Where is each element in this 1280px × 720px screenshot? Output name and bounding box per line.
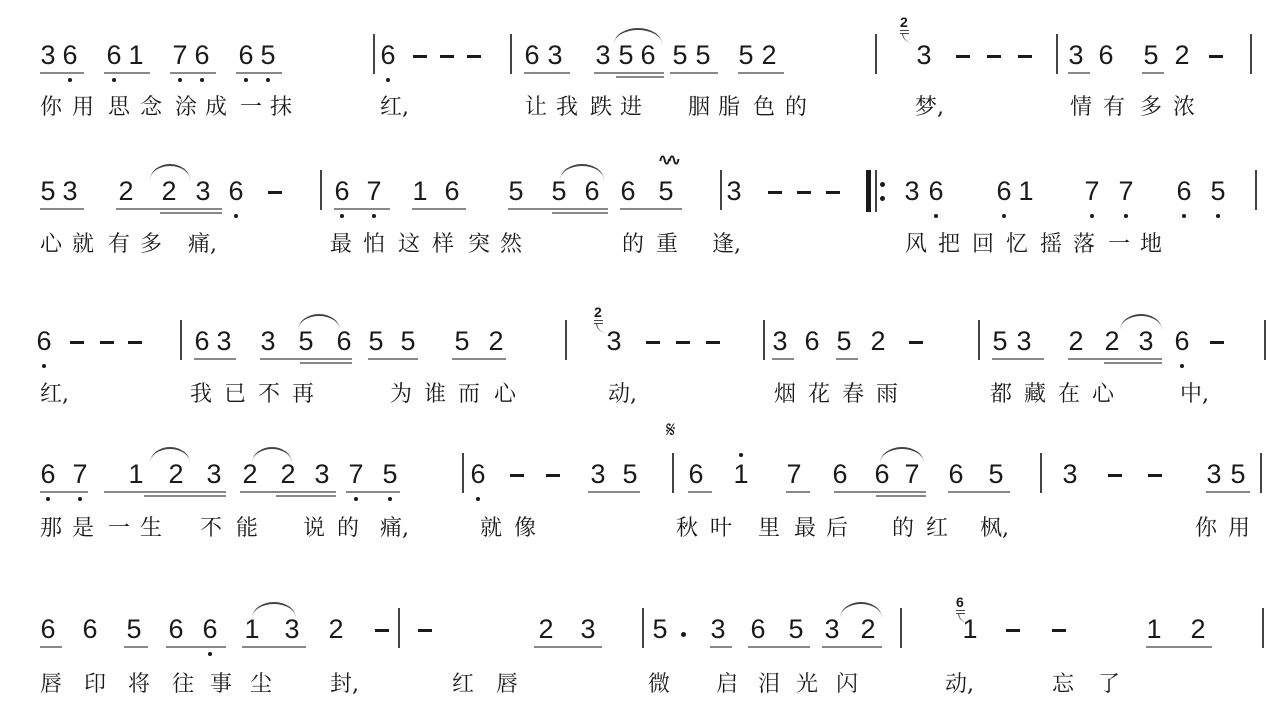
lyric-char: 枫, — [980, 516, 1009, 542]
note: 6 — [166, 614, 186, 644]
note: 5 — [549, 176, 569, 206]
sustain-dash — [1210, 341, 1224, 344]
lyric-char: 用 — [1228, 516, 1250, 542]
lyric-char: 最 — [330, 232, 352, 258]
lyric-char: 我 — [190, 382, 212, 408]
lyric-char: 把 — [938, 232, 960, 258]
barline — [1262, 608, 1264, 648]
note: 5 — [656, 176, 676, 206]
low-octave-dot — [1002, 214, 1006, 218]
sustain-dash — [956, 55, 970, 58]
lyric-char: 一 — [1108, 232, 1130, 258]
note: 6 — [192, 40, 212, 70]
sustain-dash — [797, 191, 811, 194]
note: 2 — [326, 614, 346, 644]
lyric-char: 往 — [172, 672, 194, 698]
lyric-char: 事 — [210, 672, 232, 698]
sustain-dash — [909, 341, 923, 344]
note: 2 — [1172, 40, 1192, 70]
beam-underline — [1206, 491, 1250, 493]
note: 2 — [536, 614, 556, 644]
repeat-dot — [880, 196, 885, 201]
low-octave-dot — [386, 78, 390, 82]
beam-underline — [104, 491, 226, 493]
note: 1 — [1144, 614, 1164, 644]
lyric-char: 那 — [40, 516, 62, 542]
note: 2 — [858, 614, 878, 644]
lyric-char: 藏 — [1024, 382, 1046, 408]
beam-underline — [40, 646, 62, 648]
barline — [320, 170, 322, 210]
beam-underline — [594, 72, 664, 74]
slur-arc — [1120, 314, 1162, 330]
slur-arc — [298, 314, 340, 330]
lyric-char: 忆 — [1006, 232, 1028, 258]
lyric-char: 回 — [972, 232, 994, 258]
barline — [1264, 320, 1266, 360]
note: 3 — [724, 176, 744, 206]
grace-slur — [902, 33, 913, 43]
low-octave-dot — [178, 78, 182, 82]
note: 6 — [468, 459, 488, 489]
beam-underline — [170, 72, 216, 74]
lyric-char: 多 — [140, 232, 162, 258]
lyric-char: 我 — [556, 95, 578, 121]
note: 6 — [1172, 326, 1192, 356]
barline — [398, 608, 400, 648]
beam-underline — [346, 491, 400, 493]
augmentation-dot — [681, 632, 686, 637]
barline — [900, 608, 902, 648]
note: 1 — [410, 176, 430, 206]
lyric-char: 成 — [205, 95, 227, 121]
beam-underline — [194, 358, 236, 360]
note: 2 — [1102, 326, 1122, 356]
lyric-char: 印 — [84, 672, 106, 698]
note: 3 — [1060, 459, 1080, 489]
lyric-char: 是 — [72, 516, 94, 542]
grace-slur — [596, 323, 607, 333]
note: 3 — [604, 326, 624, 356]
note: 5 — [670, 40, 690, 70]
beam-underline — [40, 208, 84, 210]
note: 6 — [994, 176, 1014, 206]
lyric-char: 叶 — [710, 516, 732, 542]
lyric-char: 一 — [240, 95, 262, 121]
note: 6 — [104, 40, 124, 70]
lyric-char: 唇 — [496, 672, 518, 698]
sustain-dash — [826, 191, 840, 194]
lyric-char: 进 — [620, 95, 642, 121]
sustain-dash — [100, 341, 114, 344]
lyric-char: 生 — [140, 516, 162, 542]
sustain-dash — [375, 629, 389, 632]
low-octave-dot — [372, 214, 376, 218]
lyric-char: 能 — [236, 516, 258, 542]
beam-underline — [992, 358, 1044, 360]
low-octave-dot — [934, 214, 938, 218]
grace-underline — [956, 610, 965, 611]
note: 5 — [616, 40, 636, 70]
lyric-char: 的 — [622, 232, 644, 258]
lyric-char: 启 — [716, 672, 738, 698]
lyric-char: 怕 — [363, 232, 385, 258]
lyric-char: 不 — [200, 516, 222, 542]
note: 6 — [200, 614, 220, 644]
beam-underline — [334, 208, 390, 210]
note: 2 — [486, 326, 506, 356]
lyric-char: 心 — [40, 232, 62, 258]
lyric-char: 像 — [514, 516, 536, 542]
lyric-char: 春 — [842, 382, 864, 408]
note: 5 — [452, 326, 472, 356]
barline — [642, 608, 644, 648]
sustain-dash — [1148, 474, 1162, 477]
beam-underline — [40, 491, 88, 493]
lyric-char: 封, — [330, 672, 359, 698]
lyric-char: 红 — [452, 672, 474, 698]
low-octave-dot — [1216, 214, 1220, 218]
note: 7 — [70, 459, 90, 489]
lyric-char: 谁 — [424, 382, 446, 408]
low-octave-dot — [208, 652, 212, 656]
sustain-dash — [418, 629, 432, 632]
lyric-char: 多 — [1140, 95, 1162, 121]
lyric-char: 色 — [753, 95, 775, 121]
low-octave-dot — [388, 497, 392, 501]
beam-underline — [166, 646, 226, 648]
note: 5 — [1208, 176, 1228, 206]
lyric-char: 微 — [648, 672, 670, 698]
lyric-char: 这 — [398, 232, 420, 258]
beam-underline — [738, 72, 784, 74]
beam-underline — [524, 72, 570, 74]
repeat-start-thick — [866, 170, 871, 212]
beam-underline — [710, 646, 732, 648]
lyric-char: 样 — [432, 232, 454, 258]
note: 5 — [786, 614, 806, 644]
note: 3 — [1204, 459, 1224, 489]
lyric-char: 涂 — [175, 95, 197, 121]
note: 1 — [731, 459, 751, 489]
barline — [763, 320, 765, 360]
lyric-char: 红, — [380, 95, 409, 121]
slur-arc — [252, 602, 296, 618]
note: 5 — [1228, 459, 1248, 489]
note: 5 — [1141, 40, 1161, 70]
sustain-dash — [1052, 629, 1066, 632]
beam-underline — [1104, 362, 1162, 364]
lyric-char: 情 — [1070, 95, 1092, 121]
note: 6 — [1096, 40, 1116, 70]
lyric-char: 动, — [608, 382, 637, 408]
barline — [672, 453, 674, 493]
lyric-char: 跌 — [590, 95, 612, 121]
note: 6 — [582, 176, 602, 206]
low-octave-dot — [340, 214, 344, 218]
beam-underline — [124, 646, 148, 648]
barline — [462, 453, 464, 493]
lyric-char: 就 — [72, 232, 94, 258]
beam-underline — [276, 495, 336, 497]
note: 2 — [1066, 326, 1086, 356]
note: 6 — [332, 176, 352, 206]
beam-underline — [616, 76, 664, 78]
lyric-char: 的 — [892, 516, 914, 542]
grace-note: 6 — [956, 595, 964, 609]
note: 6 — [802, 326, 822, 356]
lyric-char: 突 — [468, 232, 490, 258]
lyric-char: 一 — [108, 516, 130, 542]
barline — [373, 34, 375, 74]
lyric-char: 说 — [303, 516, 325, 542]
repeat-start-thin — [875, 170, 877, 212]
low-octave-dot — [78, 497, 82, 501]
lyric-char: 光 — [796, 672, 818, 698]
slur-arc — [560, 164, 604, 180]
low-octave-dot — [1124, 214, 1128, 218]
note: 3 — [902, 176, 922, 206]
sustain-dash — [768, 191, 782, 194]
note: 6 — [872, 459, 892, 489]
lyric-char: 有 — [108, 232, 130, 258]
note: 3 — [770, 326, 790, 356]
note: 5 — [296, 326, 316, 356]
note: 6 — [686, 459, 706, 489]
note: 6 — [236, 40, 256, 70]
lyric-char: 重 — [656, 232, 678, 258]
lyric-char: 痛, — [188, 232, 217, 258]
repeat-dot — [880, 182, 885, 187]
note: 3 — [38, 40, 58, 70]
note: 3 — [60, 176, 80, 206]
grace-underline — [900, 30, 909, 31]
barline — [180, 320, 182, 360]
barline — [1260, 453, 1262, 493]
note: 5 — [38, 176, 58, 206]
sustain-dash — [987, 55, 1001, 58]
barline — [720, 170, 722, 210]
note: 6 — [226, 176, 246, 206]
beam-underline — [116, 208, 222, 210]
note: 2 — [1188, 614, 1208, 644]
note: 3 — [914, 40, 934, 70]
note: 5 — [693, 40, 713, 70]
segno-icon: 𝄋 — [666, 418, 675, 443]
sustain-dash — [676, 341, 690, 344]
lyric-char: 已 — [224, 382, 246, 408]
note: 2 — [159, 176, 179, 206]
beam-underline — [670, 72, 718, 74]
note: 5 — [650, 614, 670, 644]
note: 2 — [116, 176, 136, 206]
low-octave-dot — [244, 78, 248, 82]
lyric-char: 用 — [72, 95, 94, 121]
lyric-char: 有 — [1103, 95, 1125, 121]
lyric-char: 为 — [390, 382, 412, 408]
slur-arc — [150, 447, 190, 463]
note: 7 — [346, 459, 366, 489]
note: 3 — [193, 176, 213, 206]
note: 3 — [588, 459, 608, 489]
note: 7 — [170, 40, 190, 70]
note: 7 — [1082, 176, 1102, 206]
low-octave-dot — [234, 214, 238, 218]
grace-underline — [594, 320, 603, 321]
sustain-dash — [1006, 629, 1020, 632]
low-octave-dot — [1182, 214, 1186, 218]
lyric-char: 而 — [458, 382, 480, 408]
lyric-char: 不 — [258, 382, 280, 408]
note: 5 — [834, 326, 854, 356]
beam-underline — [876, 495, 926, 497]
note: 6 — [1174, 176, 1194, 206]
note: 6 — [38, 614, 58, 644]
beam-underline — [40, 72, 84, 74]
grace-note: 2 — [594, 305, 602, 319]
note: 6 — [38, 459, 58, 489]
beam-underline — [948, 491, 1010, 493]
lyric-char: 摇 — [1040, 232, 1062, 258]
beam-underline — [620, 208, 682, 210]
lyric-char: 花 — [808, 382, 830, 408]
note: 3 — [822, 614, 842, 644]
lyric-char: 痛, — [380, 516, 409, 542]
beam-underline — [300, 362, 352, 364]
lyric-char: 然 — [500, 232, 522, 258]
barline — [1255, 170, 1257, 210]
beam-underline — [834, 491, 926, 493]
note: 7 — [902, 459, 922, 489]
beam-underline — [836, 358, 858, 360]
beam-underline — [1142, 72, 1164, 74]
slur-arc — [614, 28, 662, 44]
lyric-char: 的 — [785, 95, 807, 121]
lyric-char: 心 — [1092, 382, 1114, 408]
beam-underline — [772, 358, 794, 360]
lyric-char: 里 — [758, 516, 780, 542]
lyric-char: 闪 — [836, 672, 858, 698]
lyric-char: 风 — [905, 232, 927, 258]
note: 6 — [926, 176, 946, 206]
lyric-char: 念 — [140, 95, 162, 121]
note: 7 — [784, 459, 804, 489]
lyric-char: 中, — [1180, 382, 1209, 408]
low-octave-dot — [42, 364, 46, 368]
note: 3 — [258, 326, 278, 356]
note: 6 — [378, 40, 398, 70]
lyric-char: 后 — [826, 516, 848, 542]
note: 6 — [638, 40, 658, 70]
slur-arc — [150, 164, 190, 180]
note: 1 — [1016, 176, 1036, 206]
beam-underline — [144, 495, 226, 497]
slur-arc — [880, 447, 924, 463]
lyric-char: 雨 — [876, 382, 898, 408]
mordent-icon: ∿∿ — [658, 150, 677, 170]
beam-underline — [1146, 646, 1212, 648]
slur-arc — [252, 447, 292, 463]
note: 5 — [736, 40, 756, 70]
low-octave-dot — [266, 78, 270, 82]
note: 2 — [868, 326, 888, 356]
low-octave-dot — [200, 78, 204, 82]
sustain-dash — [70, 341, 84, 344]
beam-underline — [822, 646, 882, 648]
note: 5 — [124, 614, 144, 644]
lyric-char: 最 — [794, 516, 816, 542]
lyric-char: 动, — [945, 672, 974, 698]
beam-underline — [104, 72, 150, 74]
beam-underline — [1068, 72, 1090, 74]
note: 2 — [240, 459, 260, 489]
lyric-char: 在 — [1058, 382, 1080, 408]
beam-underline — [242, 646, 306, 648]
lyric-char: 就 — [480, 516, 502, 542]
lyric-char: 你 — [40, 95, 62, 121]
lyric-char: 脂 — [718, 95, 740, 121]
barline — [875, 34, 877, 74]
lyric-char: 浓 — [1173, 95, 1195, 121]
lyric-char: 抹 — [270, 95, 292, 121]
note: 5 — [258, 40, 278, 70]
note: 5 — [366, 326, 386, 356]
sustain-dash — [1108, 474, 1122, 477]
barline — [978, 320, 980, 360]
lyric-char: 落 — [1073, 232, 1095, 258]
lyric-char: 泪 — [758, 672, 780, 698]
note: 3 — [578, 614, 598, 644]
beam-underline — [688, 491, 712, 493]
sustain-dash — [646, 341, 660, 344]
note: 7 — [1116, 176, 1136, 206]
beam-underline — [368, 358, 418, 360]
beam-underline — [260, 358, 352, 360]
note: 6 — [80, 614, 100, 644]
sustain-dash — [546, 474, 560, 477]
lyric-char: 胭 — [688, 95, 710, 121]
note: 1 — [126, 459, 146, 489]
note: 3 — [312, 459, 332, 489]
lyric-char: 梦, — [915, 95, 944, 121]
sustain-dash — [440, 55, 454, 58]
note: 3 — [282, 614, 302, 644]
note: 3 — [214, 326, 234, 356]
sustain-dash — [467, 55, 481, 58]
lyric-char: 唇 — [40, 672, 62, 698]
note: 5 — [380, 459, 400, 489]
lyric-char: 忘 — [1052, 672, 1074, 698]
beam-underline — [412, 208, 466, 210]
low-octave-dot — [46, 497, 50, 501]
low-octave-dot — [68, 78, 72, 82]
lyric-char: 都 — [990, 382, 1012, 408]
grace-note: 2 — [900, 15, 908, 29]
note: 6 — [748, 614, 768, 644]
beam-underline — [748, 646, 810, 648]
note: 6 — [618, 176, 638, 206]
note: 6 — [830, 459, 850, 489]
barline — [510, 34, 512, 74]
note: 2 — [166, 459, 186, 489]
sustain-dash — [510, 474, 524, 477]
lyric-char: 红, — [40, 382, 69, 408]
lyric-char: 秋 — [676, 516, 698, 542]
lyric-char: 了 — [1098, 672, 1120, 698]
beam-underline — [1068, 358, 1162, 360]
barline — [1250, 34, 1252, 74]
lyric-char: 心 — [494, 382, 516, 408]
